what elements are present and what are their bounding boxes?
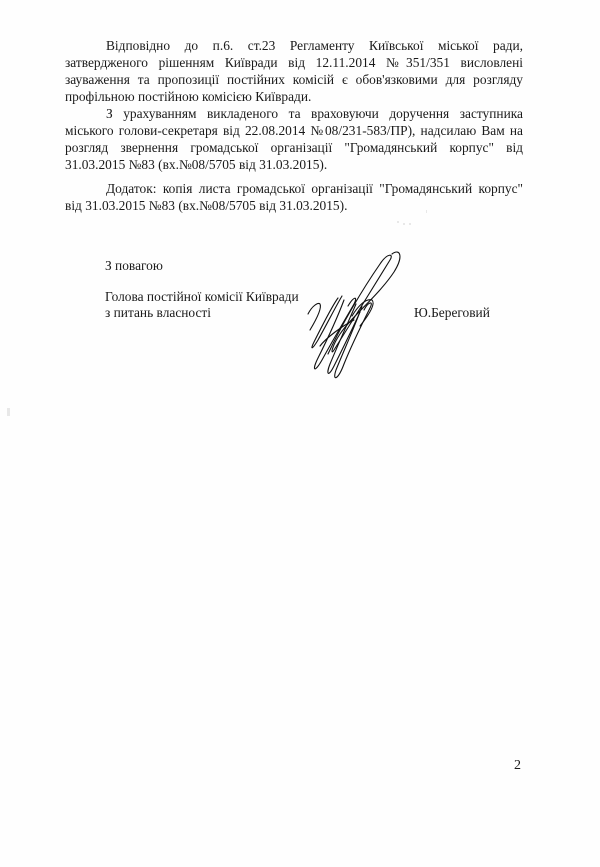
text-line: зауваження та пропозиції постійних коміс…: [65, 71, 523, 88]
handwritten-signature-icon: [282, 246, 412, 386]
text-line: від 31.03.2015 №83 (вх.№08/5705 від 31.0…: [65, 197, 523, 214]
scan-speck: [7, 408, 10, 416]
paragraph-forwarding: З урахуванням викладеного та враховуючи …: [65, 105, 523, 173]
text-line: 31.03.2015 №83 (вх.№08/5705 від 31.03.20…: [65, 156, 523, 173]
paragraph-regulation: Відповідно до п.6. ст.23 Регламенту Київ…: [65, 37, 523, 105]
paragraph-attachment: Додаток: копія листа громадської організ…: [65, 180, 523, 214]
text-line: затвердженого рішенням Київради від 12.1…: [65, 54, 523, 71]
text-line: профільною постійною комісією Київради.: [65, 88, 523, 105]
text-line: Додаток: копія листа громадської організ…: [65, 180, 523, 197]
text-line: розгляд звернення громадської організаці…: [65, 139, 523, 156]
signatory-position-line-1: Голова постійної комісії Київради: [105, 288, 299, 305]
page-number: 2: [514, 758, 521, 774]
scan-speck: [403, 223, 405, 225]
text-line: Відповідно до п.6. ст.23 Регламенту Київ…: [65, 37, 523, 54]
text-line: міського голови-секретаря від 22.08.2014…: [65, 122, 523, 139]
closing-salutation: З повагою: [105, 257, 163, 274]
document-page: Відповідно до п.6. ст.23 Регламенту Київ…: [0, 0, 600, 867]
scan-speck: [409, 223, 411, 225]
signatory-position-line-2: з питань власності: [105, 304, 211, 321]
scan-speck: [397, 221, 399, 223]
signatory-name: Ю.Береговий: [414, 304, 490, 321]
scan-speck: [426, 210, 427, 213]
text-line: З урахуванням викладеного та враховуючи …: [65, 105, 523, 122]
